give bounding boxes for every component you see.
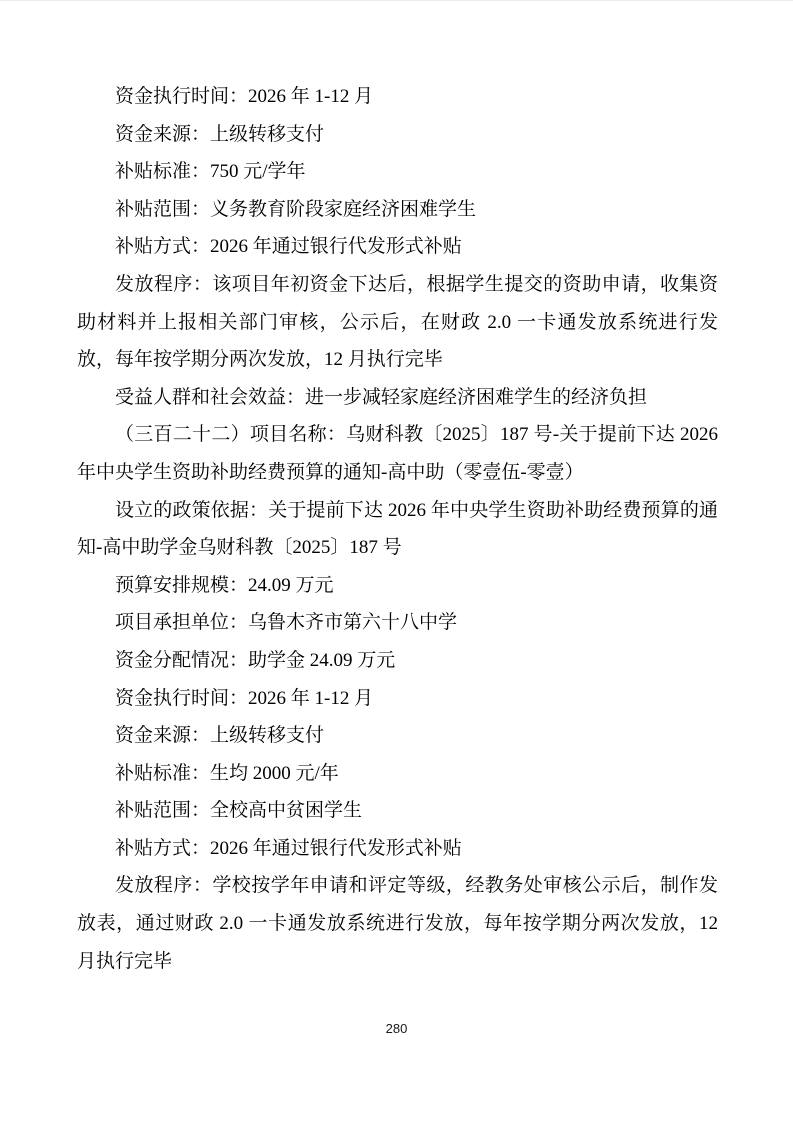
paragraph: 资金执行时间：2026 年 1-12 月 — [77, 78, 718, 116]
page-number: 280 — [0, 1021, 793, 1036]
paragraph: 预算安排规模：24.09 万元 — [77, 567, 718, 605]
paragraph: （三百二十二）项目名称：乌财科教〔2025〕187 号-关于提前下达 2026 … — [77, 416, 718, 491]
paragraph: 项目承担单位：乌鲁木齐市第六十八中学 — [77, 604, 718, 642]
paragraph: 发放程序：该项目年初资金下达后，根据学生提交的资助申请，收集资助材料并上报相关部… — [77, 266, 718, 379]
paragraph: 补贴范围：义务教育阶段家庭经济困难学生 — [77, 191, 718, 229]
paragraph: 资金来源：上级转移支付 — [77, 116, 718, 154]
document-page: 资金执行时间：2026 年 1-12 月 资金来源：上级转移支付 补贴标准：75… — [0, 0, 793, 1123]
document-body: 资金执行时间：2026 年 1-12 月 资金来源：上级转移支付 补贴标准：75… — [77, 78, 718, 980]
paragraph: 发放程序：学校按学年申请和评定等级，经教务处审核公示后，制作发放表，通过财政 2… — [77, 867, 718, 980]
paragraph: 资金来源：上级转移支付 — [77, 717, 718, 755]
paragraph: 受益人群和社会效益：进一步减轻家庭经济困难学生的经济负担 — [77, 379, 718, 417]
paragraph: 补贴范围：全校高中贫困学生 — [77, 792, 718, 830]
paragraph: 补贴方式：2026 年通过银行代发形式补贴 — [77, 830, 718, 868]
paragraph: 设立的政策依据：关于提前下达 2026 年中央学生资助补助经费预算的通知-高中助… — [77, 492, 718, 567]
paragraph: 资金分配情况：助学金 24.09 万元 — [77, 642, 718, 680]
paragraph: 资金执行时间：2026 年 1-12 月 — [77, 680, 718, 718]
paragraph: 补贴方式：2026 年通过银行代发形式补贴 — [77, 228, 718, 266]
paragraph: 补贴标准：750 元/学年 — [77, 153, 718, 191]
paragraph: 补贴标准：生均 2000 元/年 — [77, 755, 718, 793]
